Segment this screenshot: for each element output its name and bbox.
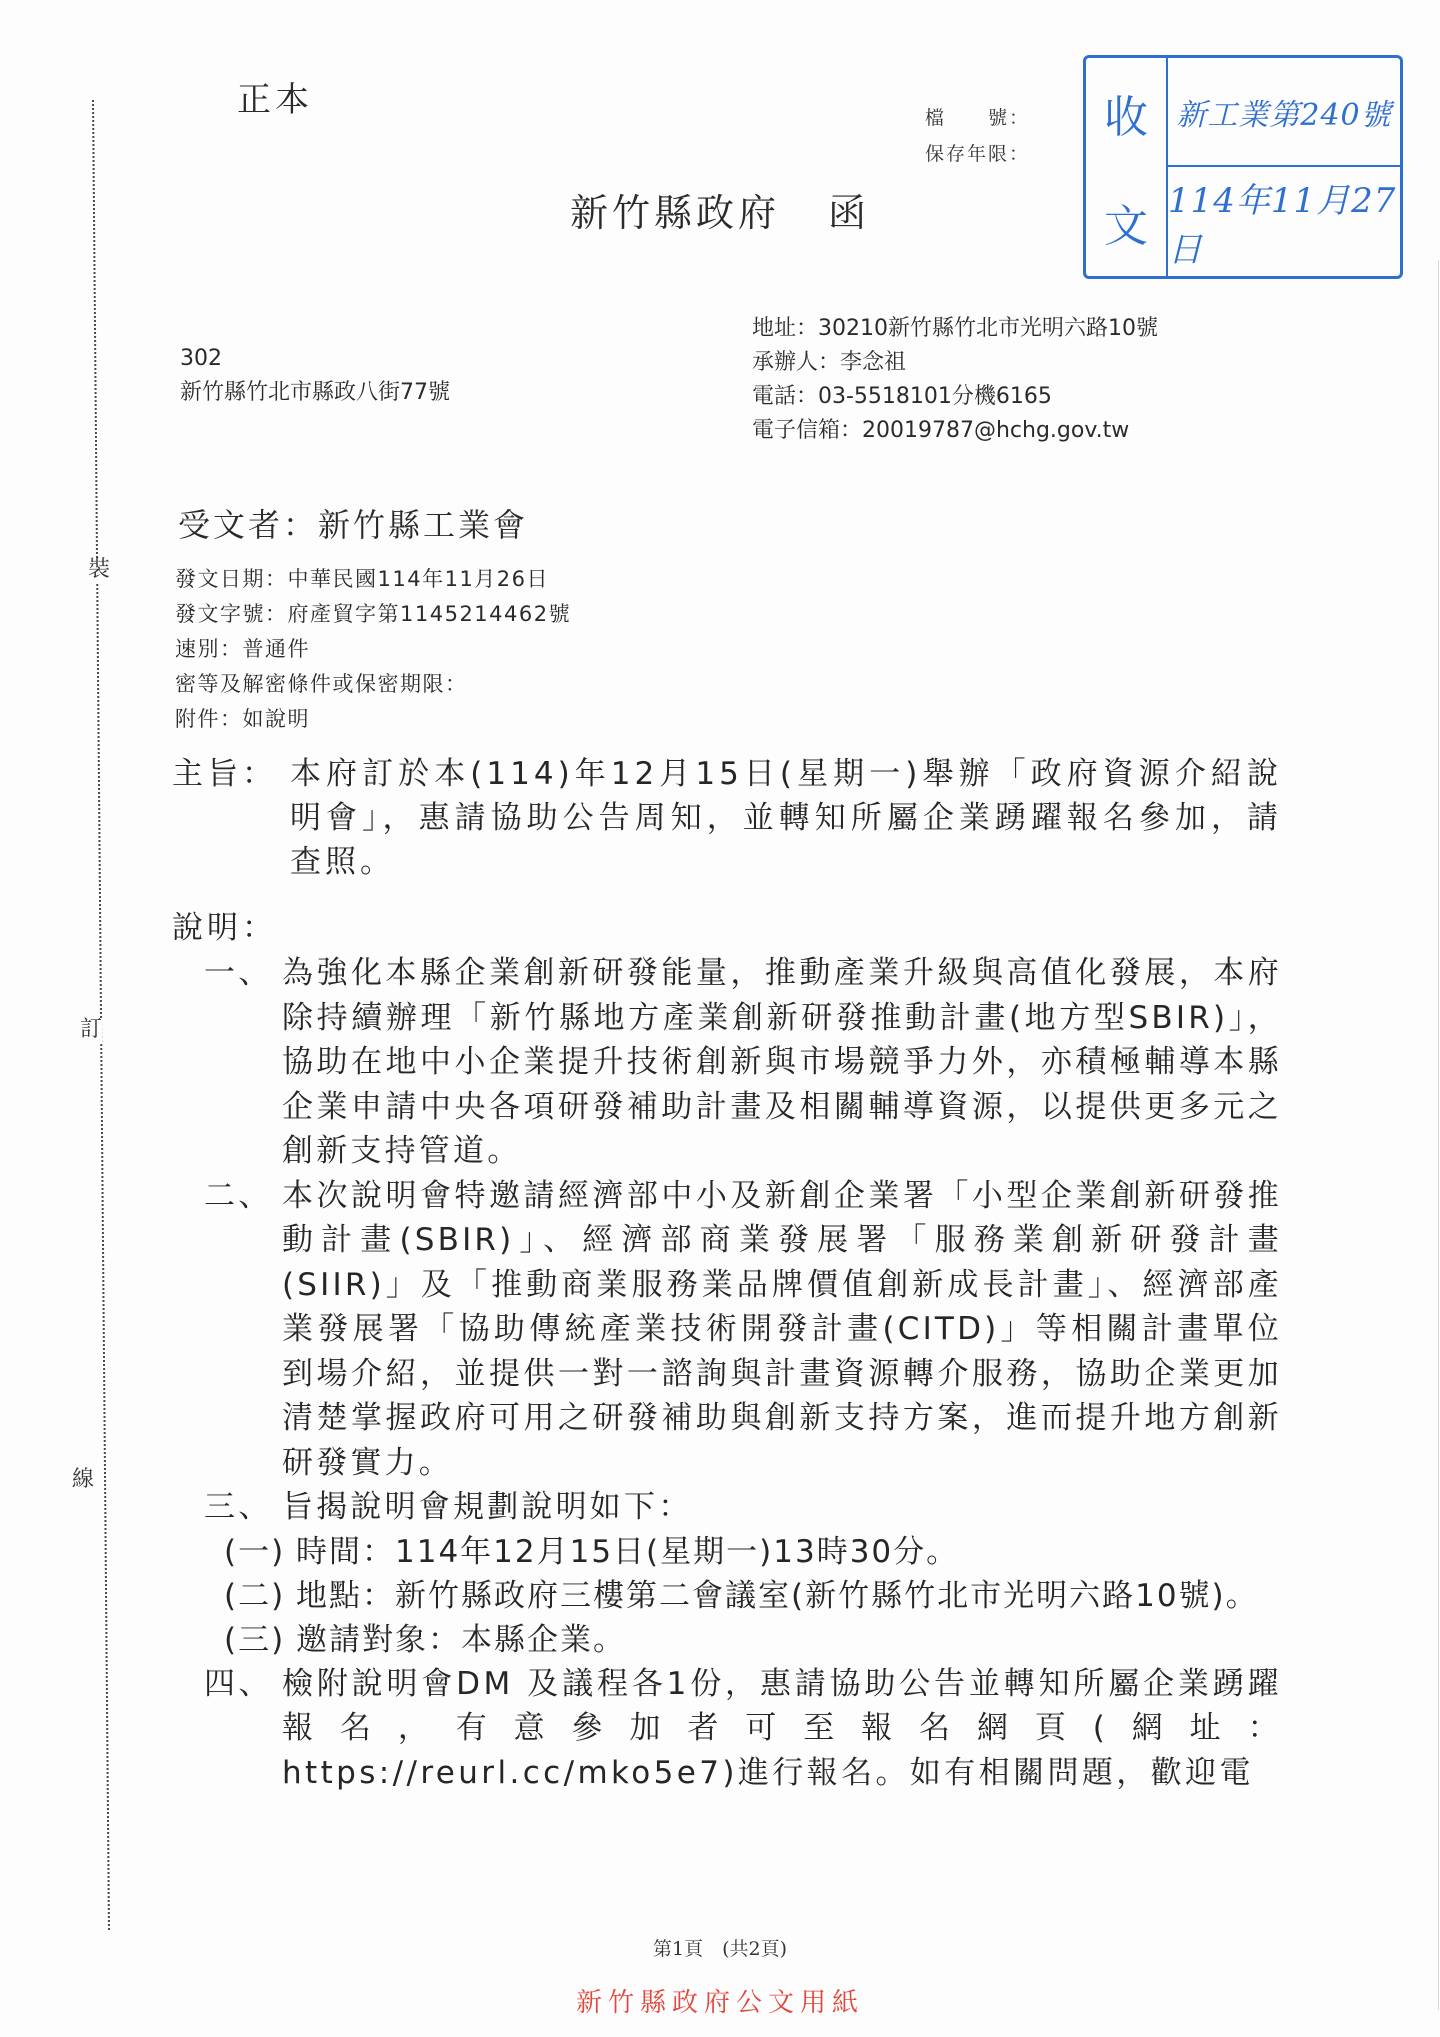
item-text: 檢附說明會DM 及議程各1份，惠請協助公告並轉知所屬企業踴躍報名，有意參加者可至…: [282, 1662, 1282, 1796]
subitem-number: (一): [224, 1530, 296, 1574]
recipient-postal-code: 302: [180, 342, 450, 376]
binding-mark-bind: 裝: [88, 558, 110, 582]
item-number: 四、: [172, 1662, 282, 1796]
issuing-org: 新竹縣政府: [570, 191, 780, 235]
item-text: 為強化本縣企業創新研發能量，推動產業升級與高值化發展，本府除持續辦理「新竹縣地方…: [282, 951, 1282, 1174]
sender-phone: 電話：03-5518101分機6165: [752, 380, 1158, 414]
retention-row: 保存年限：: [925, 136, 1030, 172]
page-number: 第1頁 (共2頁): [0, 1934, 1440, 1961]
official-paper-label: 新竹縣政府公文用紙: [0, 1982, 1440, 2019]
explanation-heading: 說明：: [172, 902, 1282, 947]
receiver: 受文者：新竹縣工業會: [178, 500, 528, 546]
explanation-item-2: 二、 本次說明會特邀請經濟部中小及新創企業署「小型企業創新研發推動計畫(SBIR…: [172, 1174, 1282, 1486]
subject-label: 主旨：: [172, 752, 290, 884]
item-text: 旨揭說明會規劃說明如下：: [282, 1485, 1282, 1530]
document-kind: 函: [828, 191, 870, 235]
receipt-stamp: 收 新工業第240號 文 114年11月27日: [1083, 55, 1403, 279]
issue-number: 發文字號：府產貿字第1145214462號: [175, 597, 571, 632]
subitem-text: 邀請對象：本縣企業。: [296, 1618, 1282, 1662]
attachment: 附件：如說明: [175, 702, 571, 737]
subitem-location: (二) 地點：新竹縣政府三樓第二會議室(新竹縣竹北市光明六路10號)。: [172, 1574, 1282, 1618]
subitem-text: 地點：新竹縣政府三樓第二會議室(新竹縣竹北市光明六路10號)。: [296, 1574, 1282, 1618]
subitem-audience: (三) 邀請對象：本縣企業。: [172, 1618, 1282, 1662]
subitem-text: 時間：114年12月15日(星期一)13時30分。: [296, 1530, 1282, 1574]
priority: 速別：普通件: [175, 632, 571, 667]
explanation-item-4: 四、 檢附說明會DM 及議程各1份，惠請協助公告並轉知所屬企業踴躍報名，有意參加…: [172, 1662, 1282, 1796]
subitem-time: (一) 時間：114年12月15日(星期一)13時30分。: [172, 1530, 1282, 1574]
file-number-label: 檔 號：: [925, 100, 1030, 136]
recipient-street: 新竹縣竹北市縣政八街77號: [180, 376, 450, 410]
subject-text: 本府訂於本(114)年12月15日(星期一)舉辦「政府資源介紹說明會」，惠請協助…: [290, 752, 1282, 884]
explanation-item-3: 三、 旨揭說明會規劃說明如下：: [172, 1485, 1282, 1530]
sender-address: 地址：30210新竹縣竹北市光明六路10號: [752, 312, 1158, 346]
file-number-row: 檔 號：: [925, 100, 1030, 136]
retention-label: 保存年限：: [925, 136, 1030, 172]
issue-meta: 發文日期：中華民國114年11月26日 發文字號：府產貿字第1145214462…: [175, 562, 571, 737]
binding-mark-staple: 訂: [80, 1018, 102, 1042]
explanation-item-1: 一、 為強化本縣企業創新研發能量，推動產業升級與高值化發展，本府除持續辦理「新竹…: [172, 951, 1282, 1174]
stamp-receipt-number: 新工業第240號: [1168, 58, 1400, 167]
item-number: 一、: [172, 951, 282, 1174]
item-text: 本次說明會特邀請經濟部中小及新創企業署「小型企業創新研發推動計畫(SBIR)」、…: [282, 1174, 1282, 1486]
document-body: 主旨： 本府訂於本(114)年12月15日(星期一)舉辦「政府資源介紹說明會」，…: [172, 752, 1282, 1795]
recipient-address: 302 新竹縣竹北市縣政八街77號: [180, 342, 450, 410]
stamp-label-receive: 收: [1086, 58, 1168, 167]
file-meta: 檔 號： 保存年限：: [925, 100, 1030, 172]
confidentiality: 密等及解密條件或保密期限：: [175, 667, 571, 702]
item-number: 二、: [172, 1174, 282, 1486]
subitem-number: (二): [224, 1574, 296, 1618]
sender-email: 電子信箱：20019787@hchg.gov.tw: [752, 414, 1158, 448]
stamp-receipt-date: 114年11月27日: [1168, 167, 1400, 276]
binding-mark-line: 線: [72, 1468, 94, 1492]
sender-officer: 承辦人：李念祖: [752, 346, 1158, 380]
page-edge: [1438, 260, 1439, 2010]
sender-info: 地址：30210新竹縣竹北市光明六路10號 承辦人：李念祖 電話：03-5518…: [752, 312, 1158, 448]
subitem-number: (三): [224, 1618, 296, 1662]
stamp-label-document: 文: [1086, 167, 1168, 276]
copy-type-label: 正本: [237, 72, 313, 121]
document-title: 新竹縣政府函: [570, 182, 870, 237]
item-number: 三、: [172, 1485, 282, 1530]
subject: 主旨： 本府訂於本(114)年12月15日(星期一)舉辦「政府資源介紹說明會」，…: [172, 752, 1282, 884]
issue-date: 發文日期：中華民國114年11月26日: [175, 562, 571, 597]
binding-line: [92, 100, 110, 1930]
